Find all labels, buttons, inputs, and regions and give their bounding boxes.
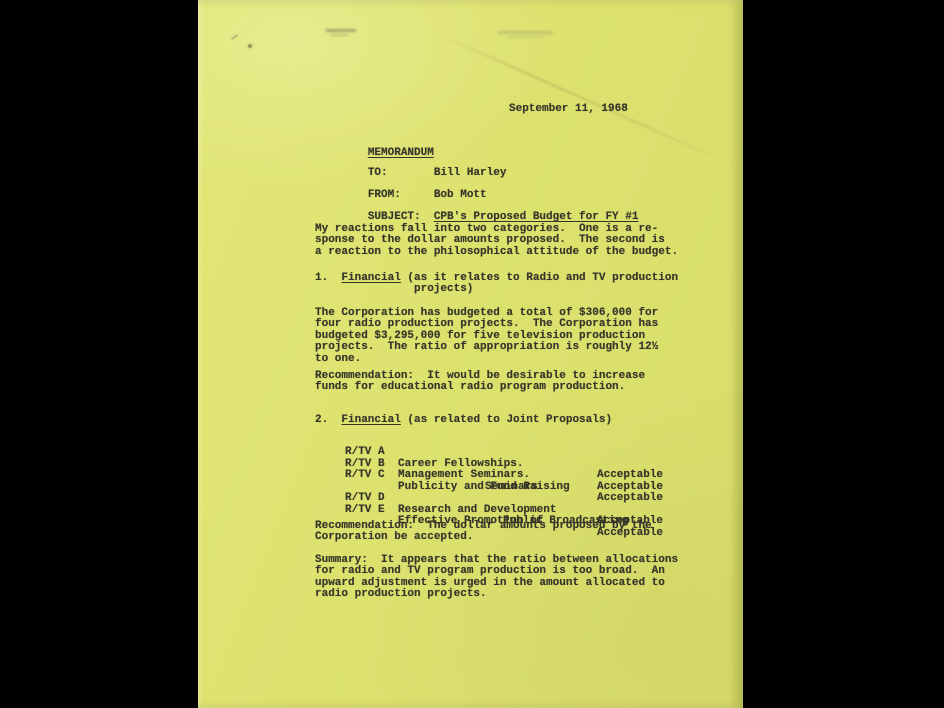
table-row: R/TV D Research and Development Acceptab… (315, 482, 741, 493)
financial-paragraph: The Corporation has budgeted a total of … (315, 308, 658, 365)
subject-value: CPB's Proposed Budget for FY #1 (434, 211, 639, 223)
smudge-mark (498, 30, 556, 40)
text-line: 1. Financial (as it relates to Radio and… (315, 273, 678, 284)
section-2-heading: 2. Financial (as related to Joint Propos… (315, 415, 612, 426)
table-row: R/TV B Management Seminars. Acceptable (315, 447, 741, 458)
scan-background: September 11, 1968 MEMORANDUM TO:Bill Ha… (0, 0, 944, 708)
memo-document: September 11, 1968 MEMORANDUM TO:Bill Ha… (198, 0, 743, 708)
text-line: projects) (315, 284, 678, 295)
memo-title: MEMORANDUM (315, 137, 434, 148)
text-line: to one. (315, 354, 658, 365)
smudge-mark (326, 29, 360, 38)
section-1-title: Financial (341, 272, 400, 284)
proposal-table: R/TV A Career Fellowships. Acceptable R/… (315, 436, 741, 516)
table-row: R/TV C Publicity and Fund Raising (315, 459, 741, 470)
recommendation-2: Recommendation: The dollar amounts propo… (315, 521, 652, 544)
section-1-heading: 1. Financial (as it relates to Radio and… (315, 273, 678, 296)
intro-paragraph: My reactions fall into two categories. O… (315, 224, 678, 258)
paper-speck (231, 34, 238, 40)
text-line: projects. The ratio of appropriation is … (315, 342, 658, 353)
paper-crease (436, 32, 738, 168)
text-line: funds for educational radio program prod… (315, 382, 645, 393)
text-line: Corporation be accepted. (315, 532, 652, 543)
text-line: 2. Financial (as related to Joint Propos… (315, 415, 612, 426)
table-row: Public Broadcasting Acceptable (315, 505, 741, 516)
section-2-title: Financial (341, 414, 400, 426)
summary-paragraph: Summary: It appears that the ratio betwe… (315, 555, 678, 601)
section-2-number: 2. (315, 414, 341, 426)
recommendation-1: Recommendation: It would be desirable to… (315, 371, 645, 394)
to-value: Bill Harley (434, 167, 507, 179)
paper-speck (248, 44, 252, 48)
from-row: FROM:Bob Mott (315, 179, 487, 190)
subject-row: SUBJECT:CPB's Proposed Budget for FY #1 (315, 201, 638, 212)
table-row: R/TV E Effective Promotion of (315, 493, 741, 504)
to-row: TO:Bill Harley (315, 157, 506, 168)
memo-date: September 11, 1968 (509, 104, 628, 115)
table-row: R/TV A Career Fellowships. Acceptable (315, 436, 741, 447)
from-value: Bob Mott (434, 189, 487, 201)
table-row: Seminars Acceptable (315, 470, 741, 481)
text-line: radio production projects. (315, 589, 678, 600)
section-1-number: 1. (315, 272, 341, 284)
text-line: a reaction to the philosophical attitude… (315, 247, 678, 258)
section-2-subtitle: (as related to Joint Proposals) (401, 414, 612, 426)
